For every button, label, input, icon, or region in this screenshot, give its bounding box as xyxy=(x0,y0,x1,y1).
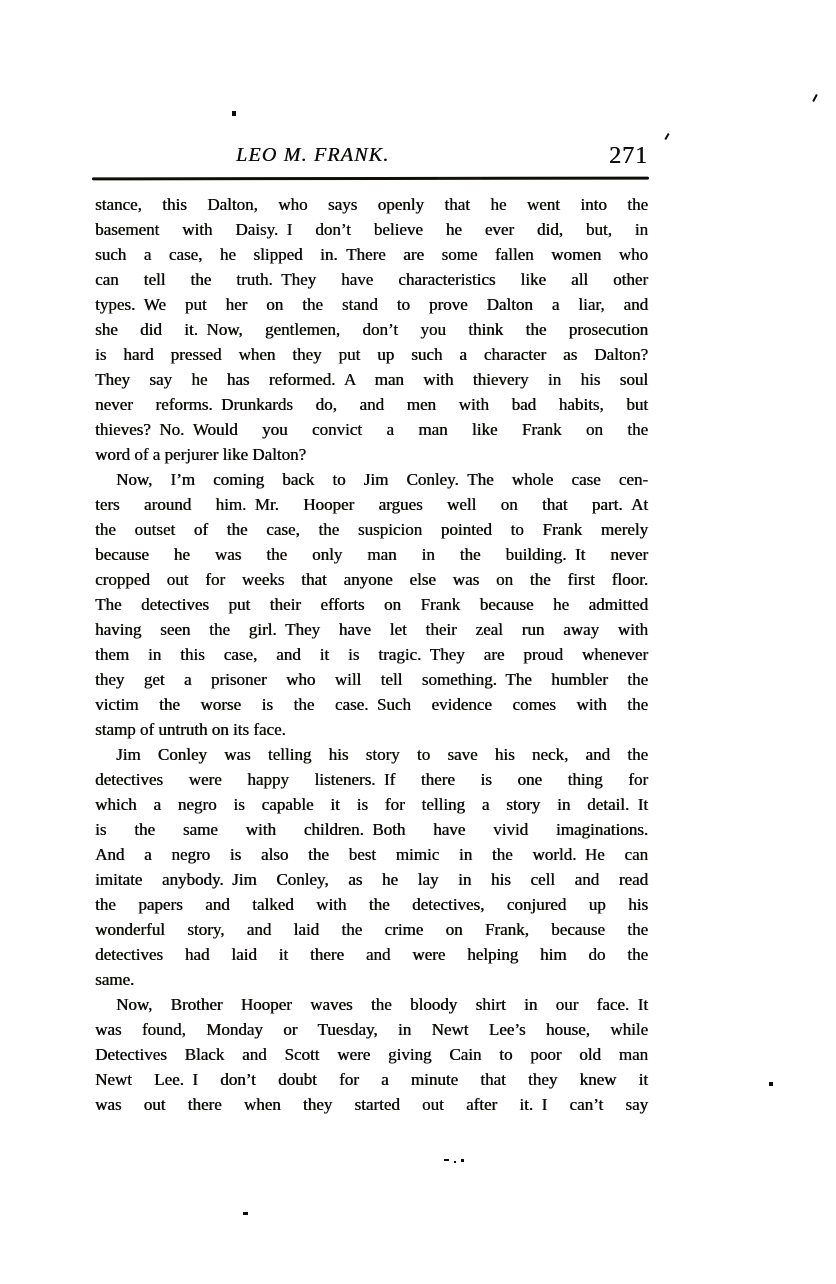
text-line: Now, I’m coming back to Jim Conley. The … xyxy=(95,467,648,492)
text-line: was found, Monday or Tuesday, in Newt Le… xyxy=(95,1017,648,1042)
scan-speck xyxy=(461,1159,464,1162)
text-line: they get a prisoner who will tell someth… xyxy=(95,667,648,692)
paragraph: Now, I’m coming back to Jim Conley. The … xyxy=(95,467,648,742)
running-head-title: LEO M. FRANK. xyxy=(236,144,389,167)
text-line: Now, Brother Hooper waves the bloody shi… xyxy=(95,992,648,1017)
text-column: stance, this Dalton, who says openly tha… xyxy=(95,192,648,1117)
text-line: detectives were happy listeners. If ther… xyxy=(95,767,648,792)
text-line: was out there when they started out afte… xyxy=(95,1092,648,1117)
book-page: LEO M. FRANK. 271 stance, this Dalton, w… xyxy=(0,0,836,1284)
text-line: word of a perjurer like Dalton? xyxy=(95,442,648,467)
page-number: 271 xyxy=(609,143,648,170)
text-line: The detectives put their efforts on Fran… xyxy=(95,592,648,617)
paragraph: Now, Brother Hooper waves the bloody shi… xyxy=(95,992,648,1117)
text-line: which a negro is capable it is for telli… xyxy=(95,792,648,817)
scan-speck xyxy=(444,1159,449,1161)
paragraph: Jim Conley was telling his story to save… xyxy=(95,742,648,992)
text-line: stance, this Dalton, who says openly tha… xyxy=(95,192,648,217)
text-line: Jim Conley was telling his story to save… xyxy=(95,742,648,767)
scan-speck xyxy=(812,94,818,102)
text-line: such a case, he slipped in. There are so… xyxy=(95,242,648,267)
text-line: types. We put her on the stand to prove … xyxy=(95,292,648,317)
text-line: basement with Daisy. I don’t believe he … xyxy=(95,217,648,242)
scan-speck xyxy=(232,111,236,116)
text-line: never reforms. Drunkards do, and men wit… xyxy=(95,392,648,417)
text-line: same. xyxy=(95,967,648,992)
text-line: because he was the only man in the build… xyxy=(95,542,648,567)
scan-speck xyxy=(769,1082,773,1086)
text-line: is the same with children. Both have viv… xyxy=(95,817,648,842)
scan-speck xyxy=(243,1212,248,1215)
scan-speck xyxy=(664,133,669,140)
text-line: the papers and talked with the detective… xyxy=(95,892,648,917)
header-rule xyxy=(92,177,649,181)
text-line: them in this case, and it is tragic. The… xyxy=(95,642,648,667)
text-line: And a negro is also the best mimic in th… xyxy=(95,842,648,867)
text-line: Detectives Black and Scott were giving C… xyxy=(95,1042,648,1067)
text-line: They say he has reformed. A man with thi… xyxy=(95,367,648,392)
text-line: stamp of untruth on its face. xyxy=(95,717,648,742)
text-line: having seen the girl. They have let thei… xyxy=(95,617,648,642)
text-line: cropped out for weeks that anyone else w… xyxy=(95,567,648,592)
text-line: the outset of the case, the suspicion po… xyxy=(95,517,648,542)
text-line: she did it. Now, gentlemen, don’t you th… xyxy=(95,317,648,342)
text-line: can tell the truth. They have characteri… xyxy=(95,267,648,292)
scan-speck xyxy=(454,1161,456,1163)
text-line: is hard pressed when they put up such a … xyxy=(95,342,648,367)
text-line: detectives had laid it there and were he… xyxy=(95,942,648,967)
text-line: victim the worse is the case. Such evide… xyxy=(95,692,648,717)
paragraph: stance, this Dalton, who says openly tha… xyxy=(95,192,648,467)
text-line: Newt Lee. I don’t doubt for a minute tha… xyxy=(95,1067,648,1092)
text-line: wonderful story, and laid the crime on F… xyxy=(95,917,648,942)
text-line: thieves? No. Would you convict a man lik… xyxy=(95,417,648,442)
text-line: ters around him. Mr. Hooper argues well … xyxy=(95,492,648,517)
text-line: imitate anybody. Jim Conley, as he lay i… xyxy=(95,867,648,892)
